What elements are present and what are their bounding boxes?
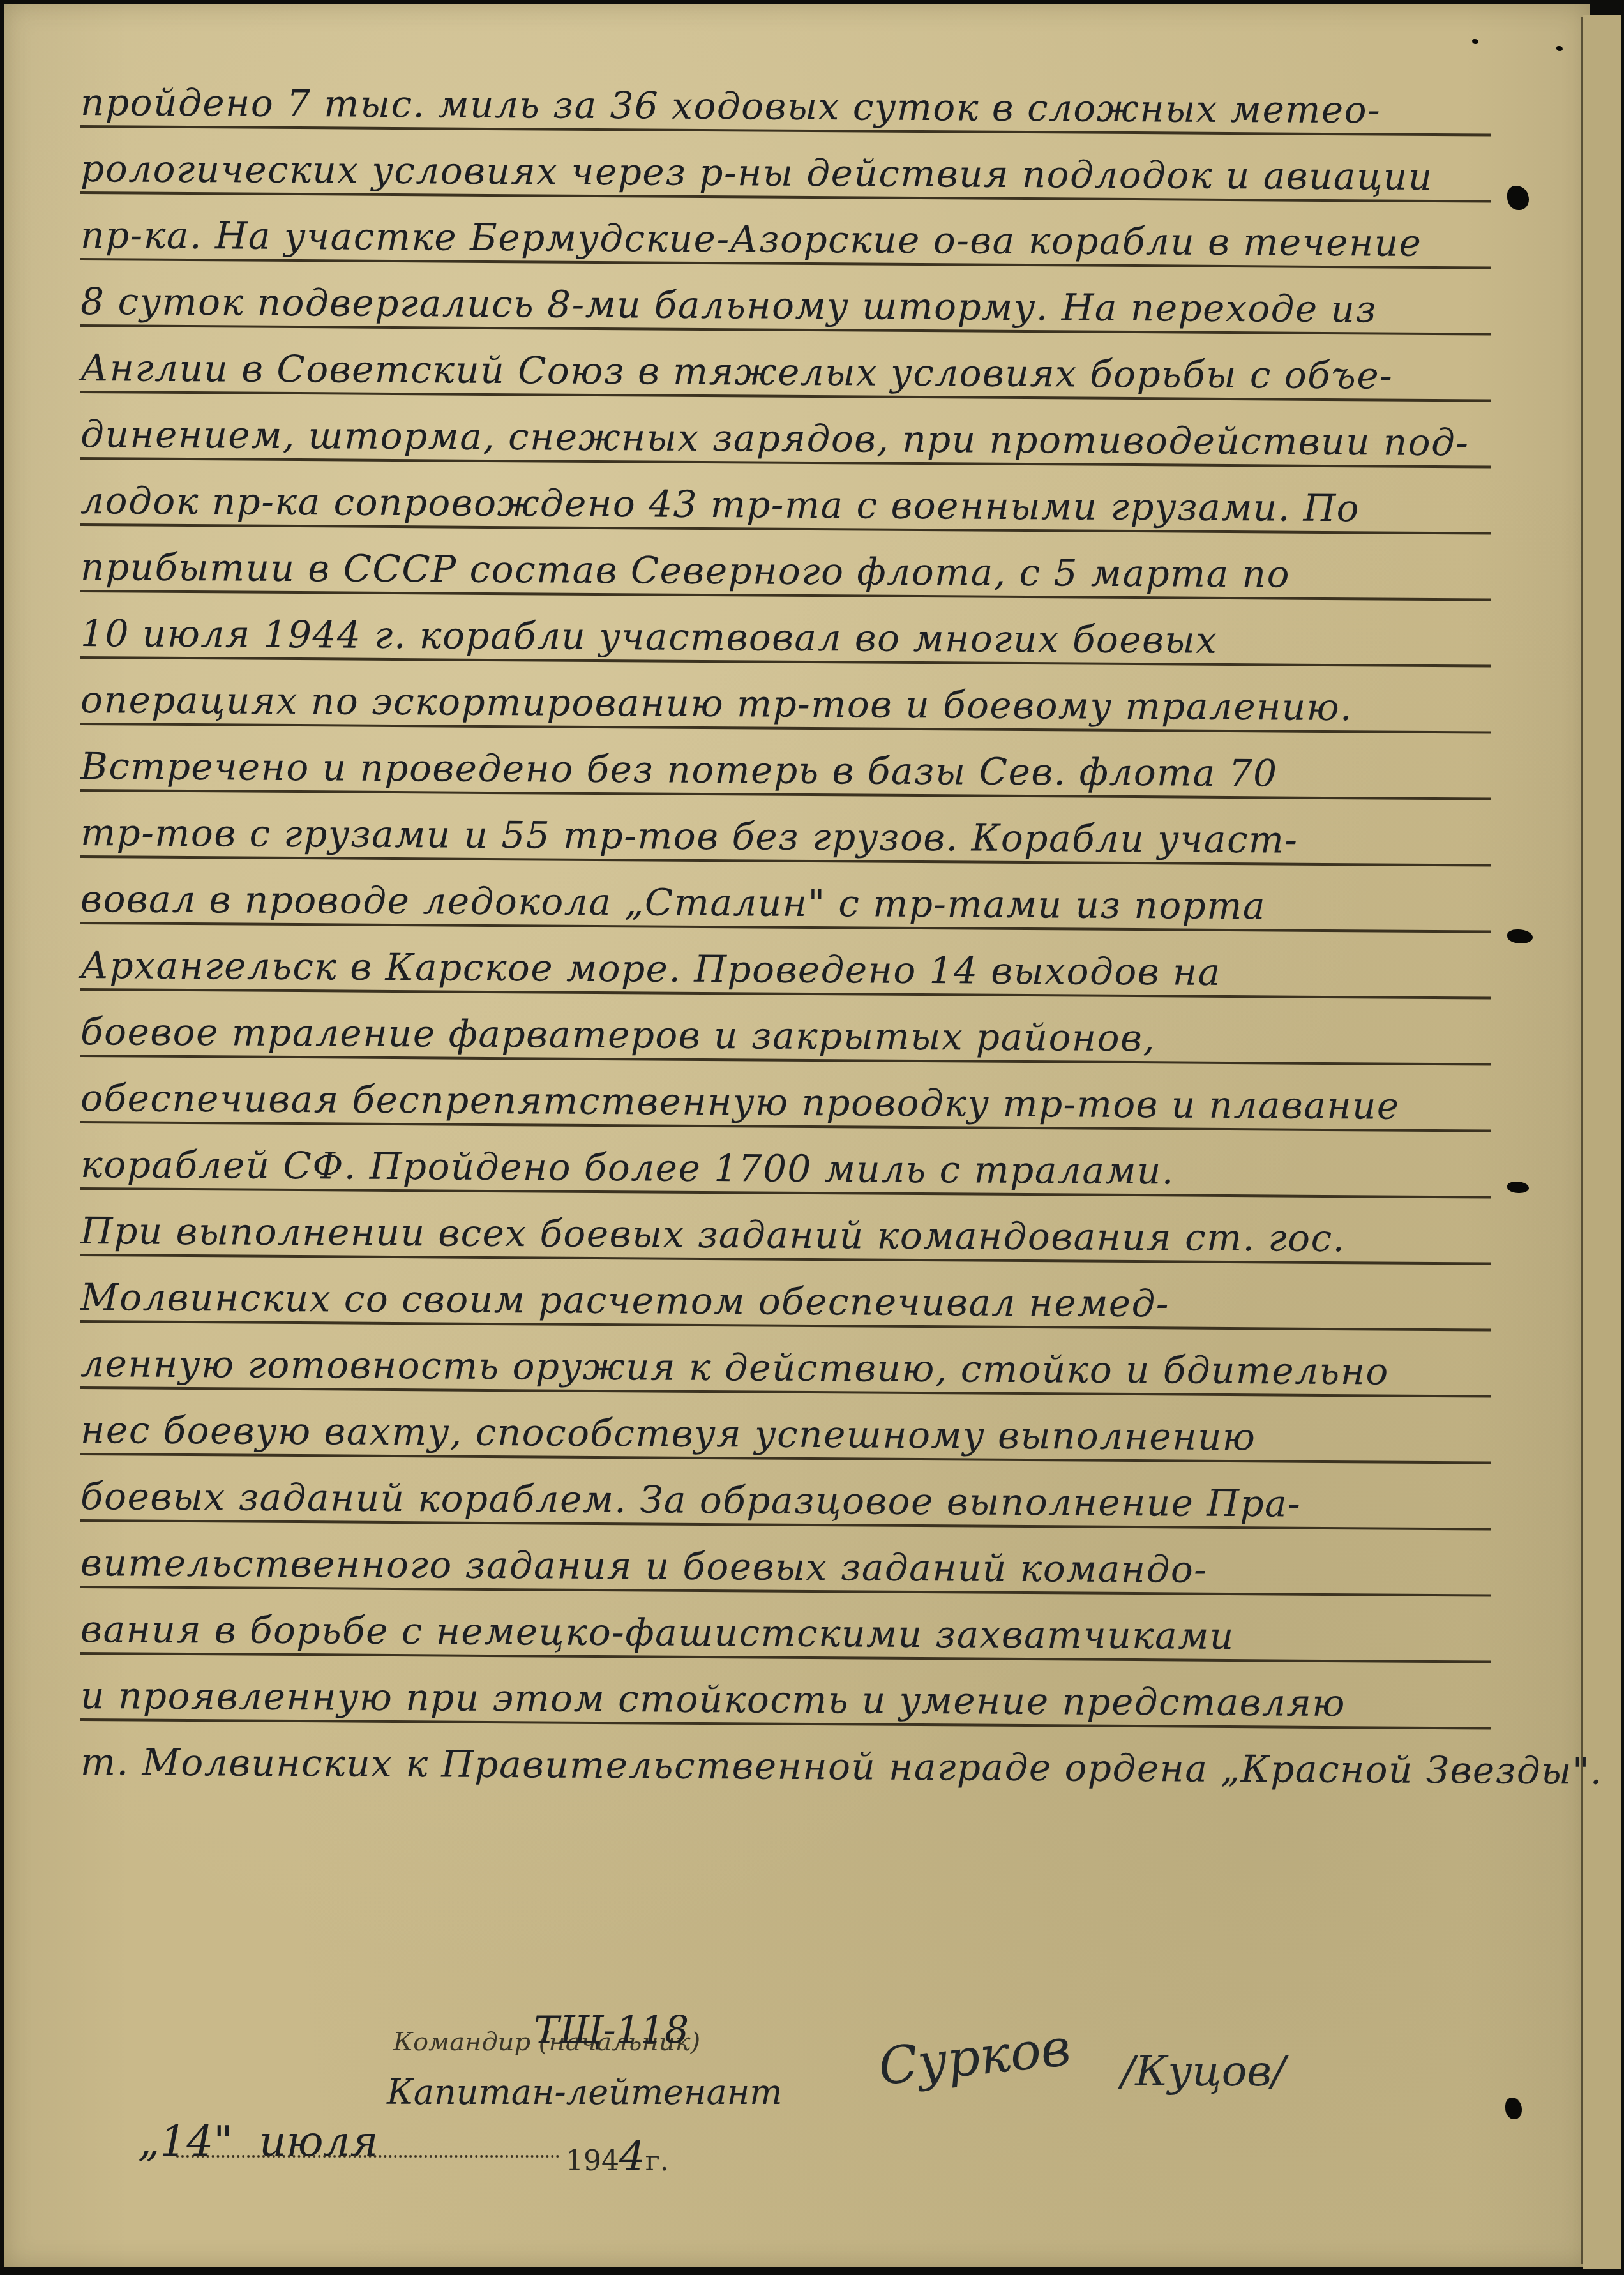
text-line: операциях по эскортированию тр-тов и бое… — [80, 665, 1492, 733]
punch-hole-icon — [1507, 929, 1533, 943]
text-line: 10 июля 1944 г. корабли участвовал во мн… — [80, 599, 1492, 667]
line-text: вовал в проводе ледокола „Сталин" с тр-т… — [80, 877, 1266, 927]
text-line: пройдено 7 тыс. миль за 36 ходовых суток… — [80, 68, 1492, 136]
punch-hole-icon — [1507, 1182, 1529, 1193]
text-line: лодок пр-ка сопровождено 43 тр-та с воен… — [80, 466, 1492, 534]
punch-hole-icon — [1507, 186, 1529, 210]
text-line: динением, шторма, снежных зарядов, при п… — [80, 400, 1492, 468]
signature-block: Командир (начальник) ТЩ-118 Капитан-лейт… — [112, 2002, 1517, 2206]
date-dotted-line — [176, 2155, 559, 2158]
text-line: Архангельск в Карское море. Проведено 14… — [80, 931, 1492, 999]
line-text: обеспечивая беспрепятственную проводку т… — [80, 1076, 1400, 1128]
document-page: пройдено 7 тыс. миль за 36 ходовых суток… — [4, 4, 1590, 2267]
commander-signature: Сурков — [876, 2018, 1073, 2097]
handwritten-body: пройдено 7 тыс. миль за 36 ходовых суток… — [80, 68, 1491, 1791]
line-text: т. Молвинских к Правительственной наград… — [80, 1740, 1603, 1793]
line-text: рологических условиях через р-ны действи… — [80, 147, 1433, 199]
line-text: пр-ка. На участке Бермудские-Азорские о-… — [80, 213, 1422, 265]
text-line: кораблей СФ. Пройдено более 1700 миль с … — [80, 1130, 1492, 1198]
line-text: динением, шторма, снежных зарядов, при п… — [80, 412, 1470, 464]
line-text: Архангельск в Карское море. Проведено 14… — [80, 943, 1221, 994]
line-text: ленную готовность оружия к действию, сто… — [80, 1342, 1389, 1393]
text-line: вительственного задания и боевых заданий… — [80, 1528, 1492, 1596]
text-line: При выполнении всех боевых заданий коман… — [80, 1196, 1492, 1265]
text-line: боевых заданий кораблем. За образцовое в… — [80, 1462, 1492, 1530]
text-line: Встречено и проведено без потерь в базы … — [80, 732, 1492, 800]
text-line: и проявленную при этом стойкость и умени… — [80, 1661, 1492, 1729]
text-line: вания в борьбе с немецко-фашистскими зах… — [80, 1595, 1492, 1663]
text-line: пр-ка. На участке Бермудские-Азорские о-… — [80, 200, 1492, 269]
line-text: прибытии в СССР состав Северного флота, … — [80, 545, 1290, 596]
line-text: При выполнении всех боевых заданий коман… — [80, 1209, 1346, 1260]
text-line: 8 суток подвергались 8-ми бальному шторм… — [80, 267, 1492, 335]
line-text: кораблей СФ. Пройдено более 1700 миль с … — [80, 1143, 1175, 1192]
line-text: тр-тов с грузами и 55 тр-тов без грузов.… — [80, 811, 1298, 862]
line-text: Встречено и проведено без потерь в базы … — [80, 744, 1278, 795]
text-line: Молвинских со своим расчетом обеспечивал… — [80, 1263, 1492, 1331]
signer-name: /Куцов/ — [1121, 2046, 1286, 2096]
text-line: тр-тов с грузами и 55 тр-тов без грузов.… — [80, 798, 1492, 866]
text-line: боевое траление фарватеров и закрытых ра… — [80, 997, 1492, 1065]
line-text: 10 июля 1944 г. корабли участвовал во мн… — [80, 612, 1218, 662]
line-text: пройдено 7 тыс. миль за 36 ходовых суток… — [80, 80, 1381, 131]
date-field: „14" июля 1944г. — [125, 2110, 649, 2168]
date-month: июля — [259, 2117, 378, 2166]
line-text: операциях по эскортированию тр-тов и бое… — [80, 678, 1353, 729]
text-line: т. Молвинских к Правительственной наград… — [80, 1727, 1492, 1793]
line-text: Молвинских со своим расчетом обеспечивал… — [80, 1275, 1169, 1325]
text-line: ленную готовность оружия к действию, сто… — [80, 1329, 1492, 1397]
line-text: лодок пр-ка сопровождено 43 тр-та с воен… — [80, 479, 1360, 530]
line-text: и проявленную при этом стойкость и умени… — [80, 1674, 1346, 1725]
page-fold-strip — [1583, 15, 1621, 2269]
date-year: 1944г. — [566, 2133, 669, 2181]
text-line: прибытии в СССР состав Северного флота, … — [80, 532, 1492, 601]
line-text: вительственного задания и боевых заданий… — [80, 1541, 1208, 1591]
unit-name: ТЩ-118 — [534, 2008, 689, 2053]
commander-rank: Капитан-лейтенант — [387, 2072, 783, 2112]
line-text: боевое траление фарватеров и закрытых ра… — [80, 1010, 1155, 1060]
line-text: вания в борьбе с немецко-фашистскими зах… — [80, 1607, 1235, 1658]
line-text: нес боевую вахту, способствуя успешному … — [80, 1408, 1256, 1459]
page-fold-line — [1581, 17, 1583, 2264]
line-text: боевых заданий кораблем. За образцовое в… — [80, 1475, 1302, 1526]
text-line: обеспечивая беспрепятственную проводку т… — [80, 1063, 1492, 1132]
punch-hole-icon — [1556, 46, 1563, 51]
text-line: рологических условиях через р-ны действи… — [80, 134, 1492, 202]
date-day: „14" — [138, 2117, 233, 2166]
line-text: 8 суток подвергались 8-ми бальному шторм… — [80, 280, 1377, 331]
text-line: вовал в проводе ледокола „Сталин" с тр-т… — [80, 864, 1492, 933]
line-text: Англии в Советский Союз в тяжелых услови… — [80, 346, 1393, 398]
text-line: Англии в Советский Союз в тяжелых услови… — [80, 333, 1492, 402]
punch-hole-icon — [1472, 39, 1478, 44]
text-line: нес боевую вахту, способствуя успешному … — [80, 1395, 1492, 1464]
